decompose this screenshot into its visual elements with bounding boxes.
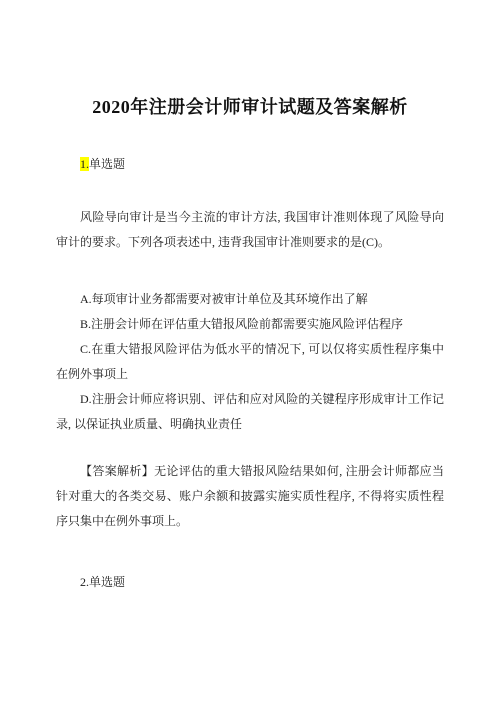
question1-type-label: 单选题 [89, 157, 125, 171]
question1-stem: 风险导向审计是当今主流的审计方法, 我国审计准则体现了风险导向审计的要求。下列各… [56, 205, 444, 255]
question1-option-c: C.在重大错报风险评估为低水平的情况下, 可以仅将实质性程序集中在例外事项上 [56, 337, 444, 387]
question1-number-highlight: 1. [80, 157, 89, 171]
document-title: 2020年注册会计师审计试题及答案解析 [56, 94, 444, 120]
question1-option-a: A.每项审计业务都需要对被审计单位及其环境作出了解 [56, 287, 444, 312]
question1-label: 1.单选题 [56, 152, 444, 177]
question1-option-d: D.注册会计师应将识别、评估和应对风险的关键程序形成审计工作记录, 以保证执业质… [56, 387, 444, 437]
document-page: 2020年注册会计师审计试题及答案解析 1.单选题 风险导向审计是当今主流的审计… [0, 0, 500, 707]
question2-label: 2.单选题 [56, 570, 444, 595]
question1-option-b: B.注册会计师在评估重大错报风险前都需要实施风险评估程序 [56, 312, 444, 337]
question1-answer-analysis: 【答案解析】无论评估的重大错报风险结果如何, 注册会计师都应当针对重大的各类交易… [56, 459, 444, 534]
